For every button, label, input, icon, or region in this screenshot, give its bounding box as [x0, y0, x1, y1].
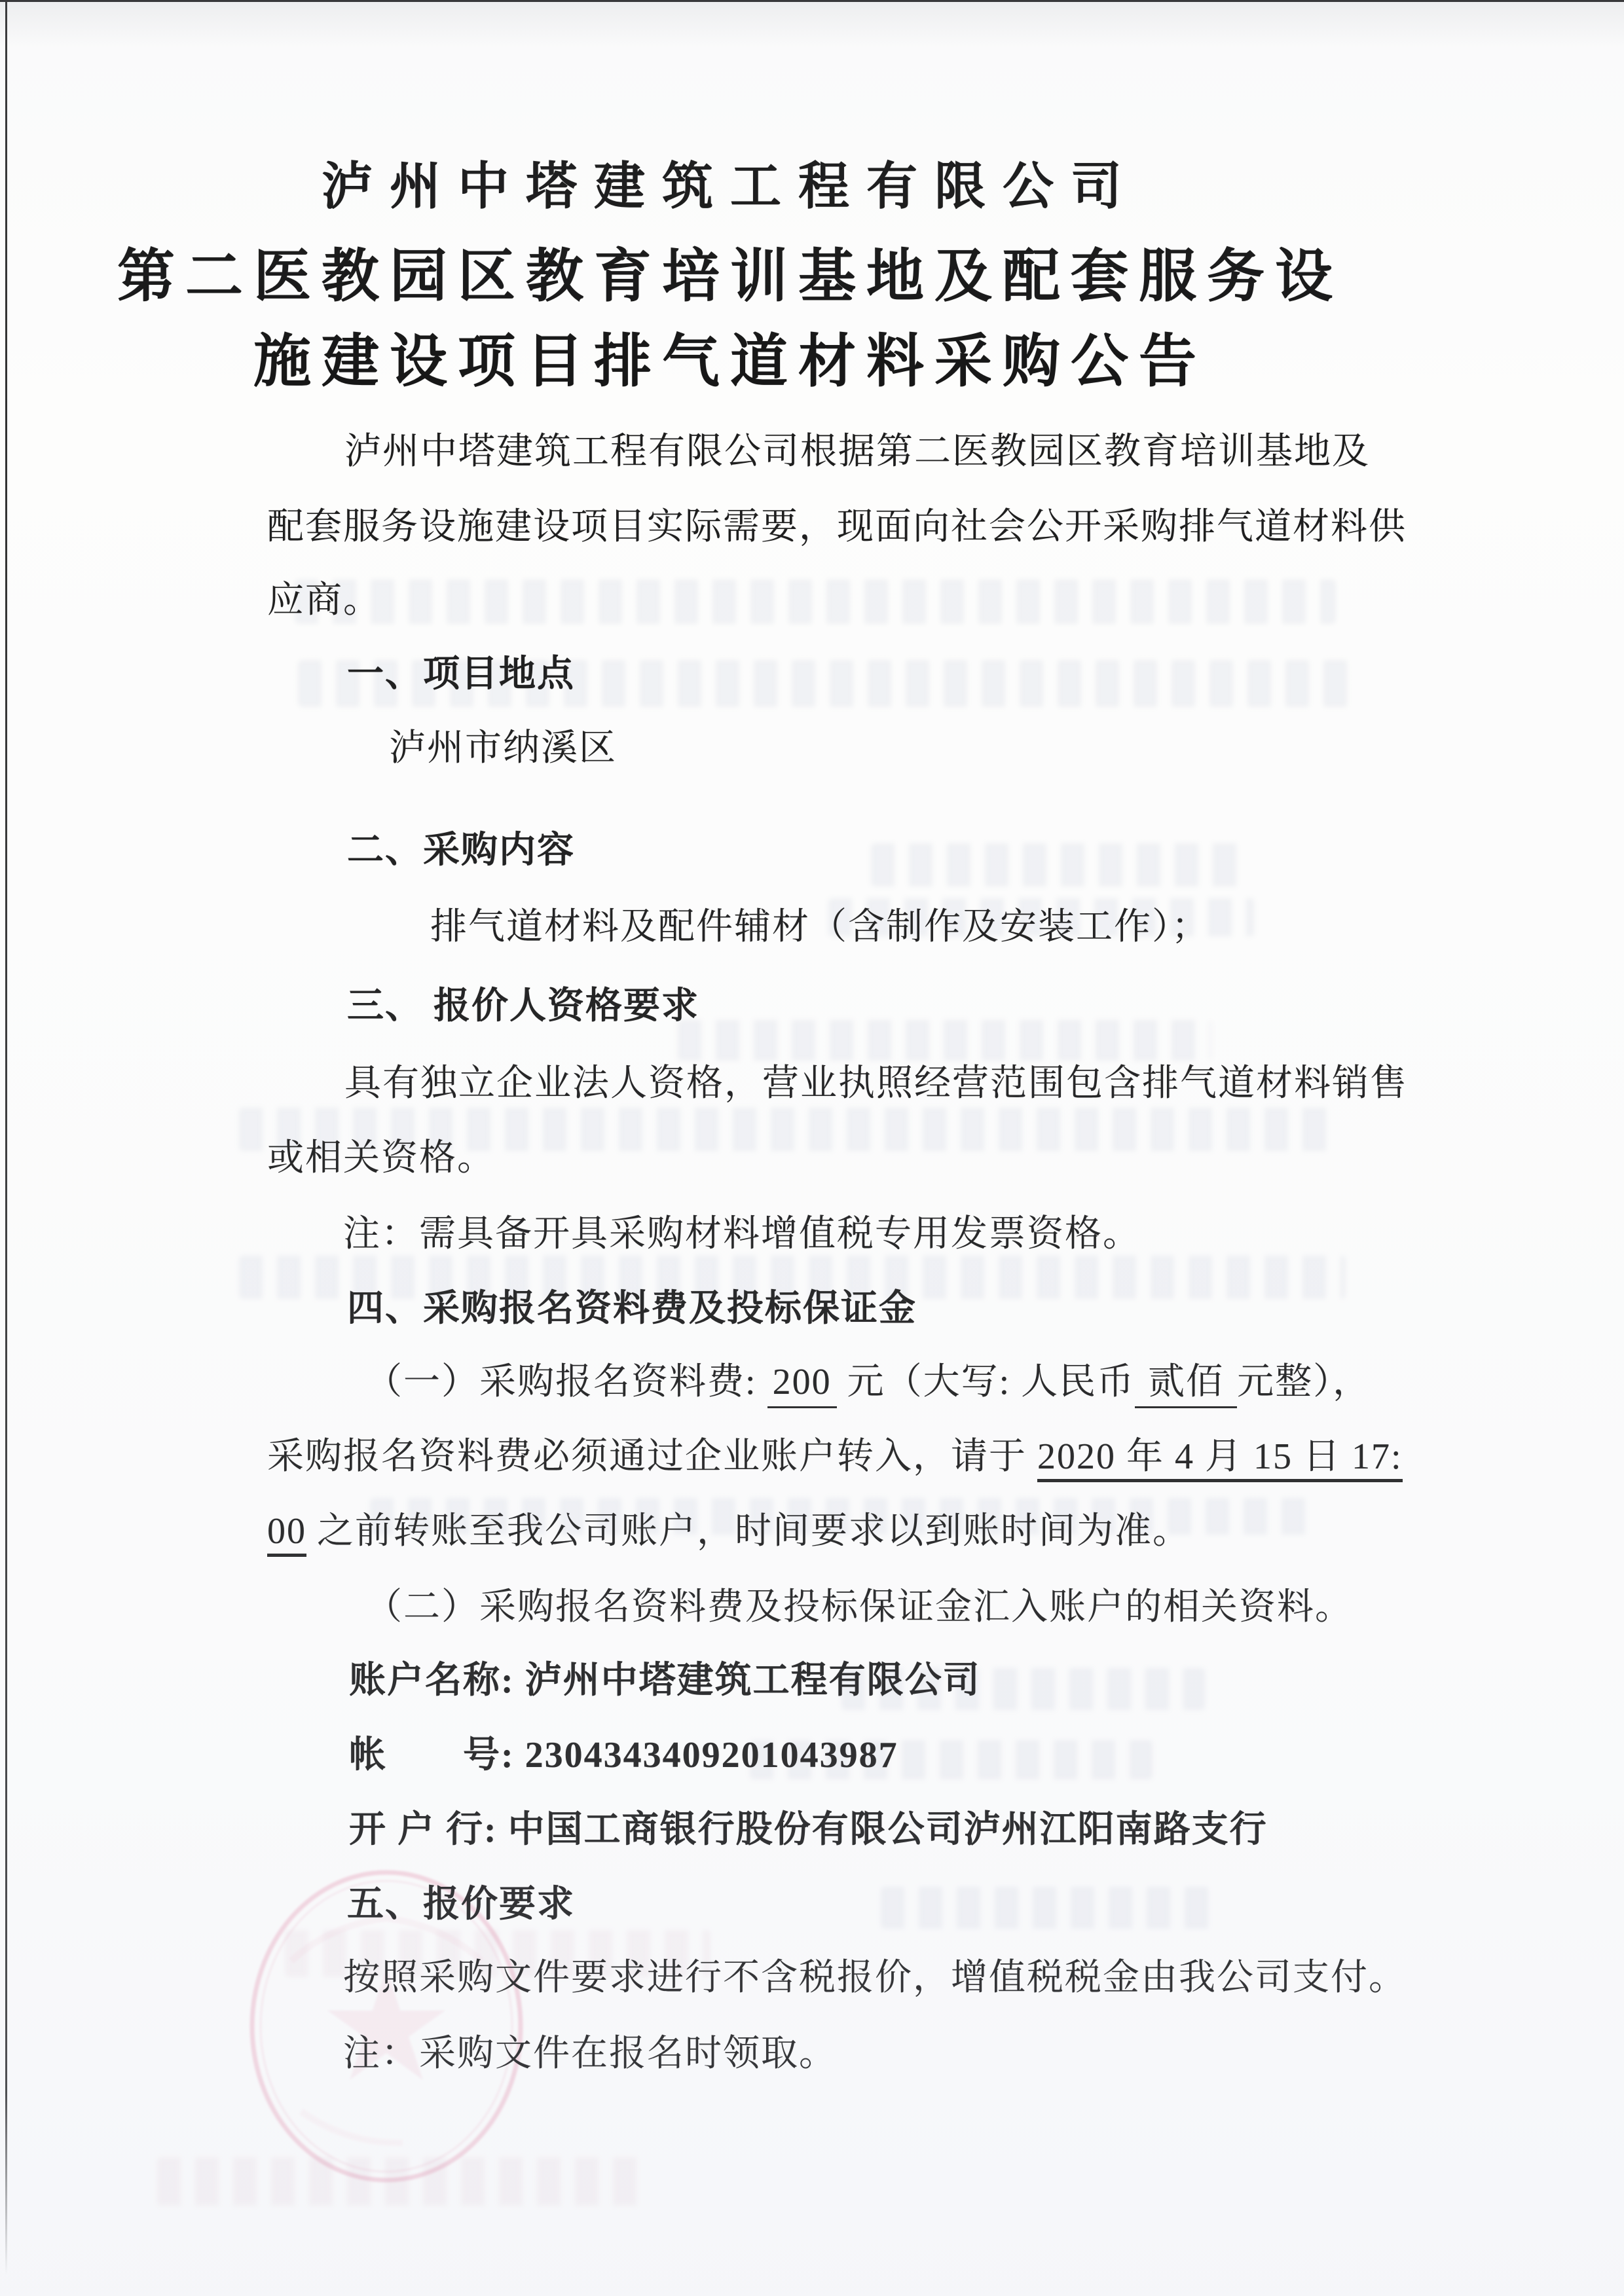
- document-title-line-1: 泸州中塔建筑工程有限公司: [79, 145, 1382, 219]
- section-heading-bidder-qualification: 三、 报价人资格要求: [347, 977, 699, 1029]
- intro-paragraph-line: 配套服务设施建设项目实际需要，现面向社会公开采购排气道材料供: [267, 498, 1407, 550]
- bank-line: 开 户 行: 中国工商银行股份有限公司泸州江阳南路支行: [349, 1800, 1268, 1853]
- document-title-line-3: 施建设项目排气道材料采购公告: [79, 316, 1382, 398]
- fee-amount-underlined: 200: [767, 1362, 837, 1408]
- account-number-line: 帐 号: 2304343409201043987: [349, 1726, 898, 1778]
- bleed-through-artifact: [295, 579, 1336, 624]
- transfer-instruction-line: 00 之前转账至我公司账户，时间要求以到账时间为准。: [267, 1502, 1190, 1554]
- transfer-deadline-underlined: 2020 年 4 月 15 日 17:: [1037, 1436, 1403, 1482]
- quotation-requirement-line: 按照采购文件要求进行不含税报价，增值税税金由我公司支付。: [343, 1948, 1407, 2001]
- bank-value: 中国工商银行股份有限公司泸州江阳南路支行: [508, 1810, 1268, 1850]
- fee-text-pre: （一）采购报名资料费:: [365, 1362, 767, 1402]
- account-number-value: 2304343409201043987: [525, 1735, 898, 1776]
- document-title-line-2: 第二医教园区教育培训基地及配套服务设: [79, 230, 1382, 313]
- fee-text-mid: 元（大写: 人民币: [837, 1362, 1135, 1402]
- transfer-instruction-line: 采购报名资料费必须通过企业账户转入，请于 2020 年 4 月 15 日 17:: [267, 1427, 1403, 1480]
- scanned-document-page: 泸州中塔建筑工程有限公司 第二医教园区教育培训基地及配套服务设 施建设项目排气道…: [0, 0, 1624, 2296]
- fee-text-post: 元整），: [1237, 1362, 1371, 1402]
- procurement-content-value: 排气道材料及配件辅材（含制作及安装工作）；: [430, 898, 1209, 950]
- qualification-note: 注：需具备开具采购材料增值税专用发票资格。: [343, 1205, 1141, 1257]
- account-name-line: 账户名称: 泸州中塔建筑工程有限公司: [349, 1651, 981, 1704]
- account-name-label: 账户名称:: [349, 1660, 525, 1701]
- transfer-deadline-tail-underlined: 00: [267, 1511, 306, 1557]
- bleed-through-artifact: [157, 2157, 648, 2206]
- bleed-through-artifact: [881, 1887, 1218, 1929]
- transfer-text: 采购报名资料费必须通过企业账户转入，请于: [267, 1436, 1037, 1477]
- account-number-label: 帐 号:: [349, 1735, 525, 1776]
- qualification-line: 具有独立企业法人资格，营业执照经营范围包含排气道材料销售: [344, 1054, 1408, 1106]
- scan-left-edge-line: [5, 0, 7, 2275]
- bleed-through-artifact: [871, 843, 1247, 886]
- intro-paragraph-line: 应商。: [267, 571, 381, 623]
- fee-amount-capital-underlined: 贰佰: [1135, 1362, 1237, 1408]
- project-location-value: 泸州市纳溪区: [389, 719, 617, 771]
- bank-label: 开 户 行:: [349, 1810, 508, 1850]
- quotation-note: 注：采购文件在报名时领取。: [343, 2024, 837, 2077]
- qualification-line: 或相关资格。: [267, 1129, 495, 1181]
- scan-top-shading: [0, 2, 1624, 48]
- section-heading-fee-and-deposit: 四、采购报名资料费及投标保证金: [347, 1279, 917, 1332]
- account-name-value: 泸州中塔建筑工程有限公司: [525, 1660, 981, 1701]
- section-heading-project-location: 一、项目地点: [347, 645, 575, 697]
- section-heading-quotation-requirements: 五、报价要求: [347, 1875, 575, 1927]
- intro-paragraph-line: 泸州中塔建筑工程有限公司根据第二医教园区教育培训基地及: [344, 422, 1370, 475]
- section-heading-procurement-content: 二、采购内容: [347, 821, 575, 873]
- deposit-info-line: （二）采购报名资料费及投标保证金汇入账户的相关资料。: [365, 1578, 1353, 1630]
- registration-fee-line: （一）采购报名资料费: 200 元（大写: 人民币贰佰元整），: [365, 1353, 1371, 1405]
- transfer-text: 之前转账至我公司账户，时间要求以到账时间为准。: [306, 1511, 1190, 1552]
